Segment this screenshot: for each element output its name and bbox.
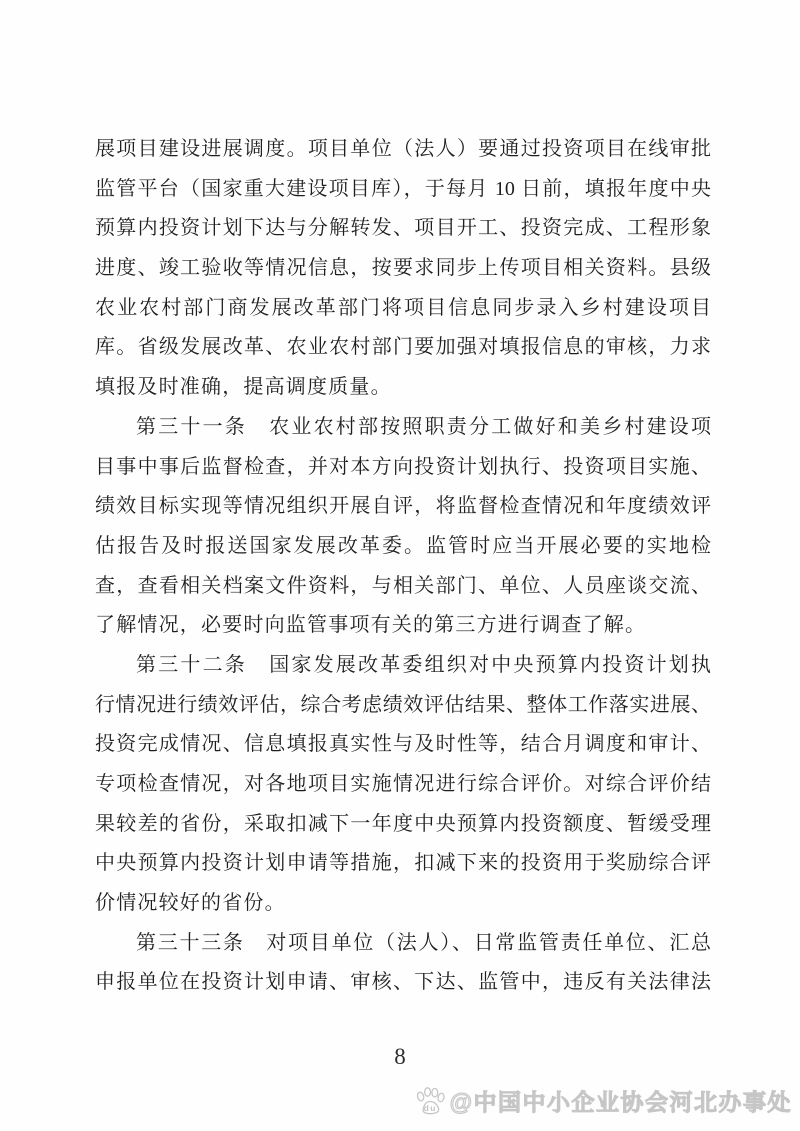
baidu-paw-icon: du <box>415 1086 445 1115</box>
text-line: 估报告及时报送国家发展改革委。监管时应当开展必要的实地检 <box>95 527 711 567</box>
text-line: 展项目建设进展调度。项目单位（法人）要通过投资项目在线审批 <box>95 130 711 170</box>
document-body: 展项目建设进展调度。项目单位（法人）要通过投资项目在线审批监管平台（国家重大建设… <box>95 130 711 1003</box>
text-line: 农业农村部门商发展改革部门将项目信息同步录入乡村建设项目 <box>95 289 711 329</box>
document-page: 展项目建设进展调度。项目单位（法人）要通过投资项目在线审批监管平台（国家重大建设… <box>0 0 800 1131</box>
text-line: 查，查看相关档案文件资料，与相关部门、单位、人员座谈交流、 <box>95 567 711 607</box>
watermark: du @中国中小企业协会河北办事处 <box>415 1084 792 1117</box>
page-number: 8 <box>0 1044 800 1070</box>
svg-text:du: du <box>423 1103 436 1113</box>
text-line: 第三十三条 对项目单位（法人）、日常监管责任单位、汇总 <box>95 924 711 964</box>
watermark-text: @中国中小企业协会河北办事处 <box>450 1084 792 1117</box>
text-line: 进度、竣工验收等情况信息，按要求同步上传项目相关资料。县级 <box>95 249 711 289</box>
text-line: 果较差的省份，采取扣减下一年度中央预算内投资额度、暂缓受理 <box>95 805 711 845</box>
text-line: 行情况进行绩效评估，综合考虑绩效评估结果、整体工作落实进展、 <box>95 686 711 726</box>
text-line: 第三十一条 农业农村部按照职责分工做好和美乡村建设项 <box>95 408 711 448</box>
text-line: 申报单位在投资计划申请、审核、下达、监管中，违反有关法律法 <box>95 963 711 1003</box>
text-line: 了解情况，必要时向监管事项有关的第三方进行调查了解。 <box>95 606 711 646</box>
text-line: 中央预算内投资计划申请等措施，扣减下来的投资用于奖励综合评 <box>95 844 711 884</box>
text-line: 监管平台（国家重大建设项目库），于每月 10 日前，填报年度中央 <box>95 170 711 210</box>
text-line: 专项检查情况，对各地项目实施情况进行综合评价。对综合评价结 <box>95 765 711 805</box>
text-line: 填报及时准确，提高调度质量。 <box>95 368 711 408</box>
text-line: 绩效目标实现等情况组织开展自评，将监督检查情况和年度绩效评 <box>95 487 711 527</box>
text-line: 第三十二条 国家发展改革委组织对中央预算内投资计划执 <box>95 646 711 686</box>
text-line: 价情况较好的省份。 <box>95 884 711 924</box>
text-line: 目事中事后监督检查，并对本方向投资计划执行、投资项目实施、 <box>95 448 711 488</box>
text-line: 预算内投资计划下达与分解转发、项目开工、投资完成、工程形象 <box>95 209 711 249</box>
text-line: 库。省级发展改革、农业农村部门要加强对填报信息的审核，力求 <box>95 328 711 368</box>
text-line: 投资完成情况、信息填报真实性与及时性等，结合月调度和审计、 <box>95 725 711 765</box>
